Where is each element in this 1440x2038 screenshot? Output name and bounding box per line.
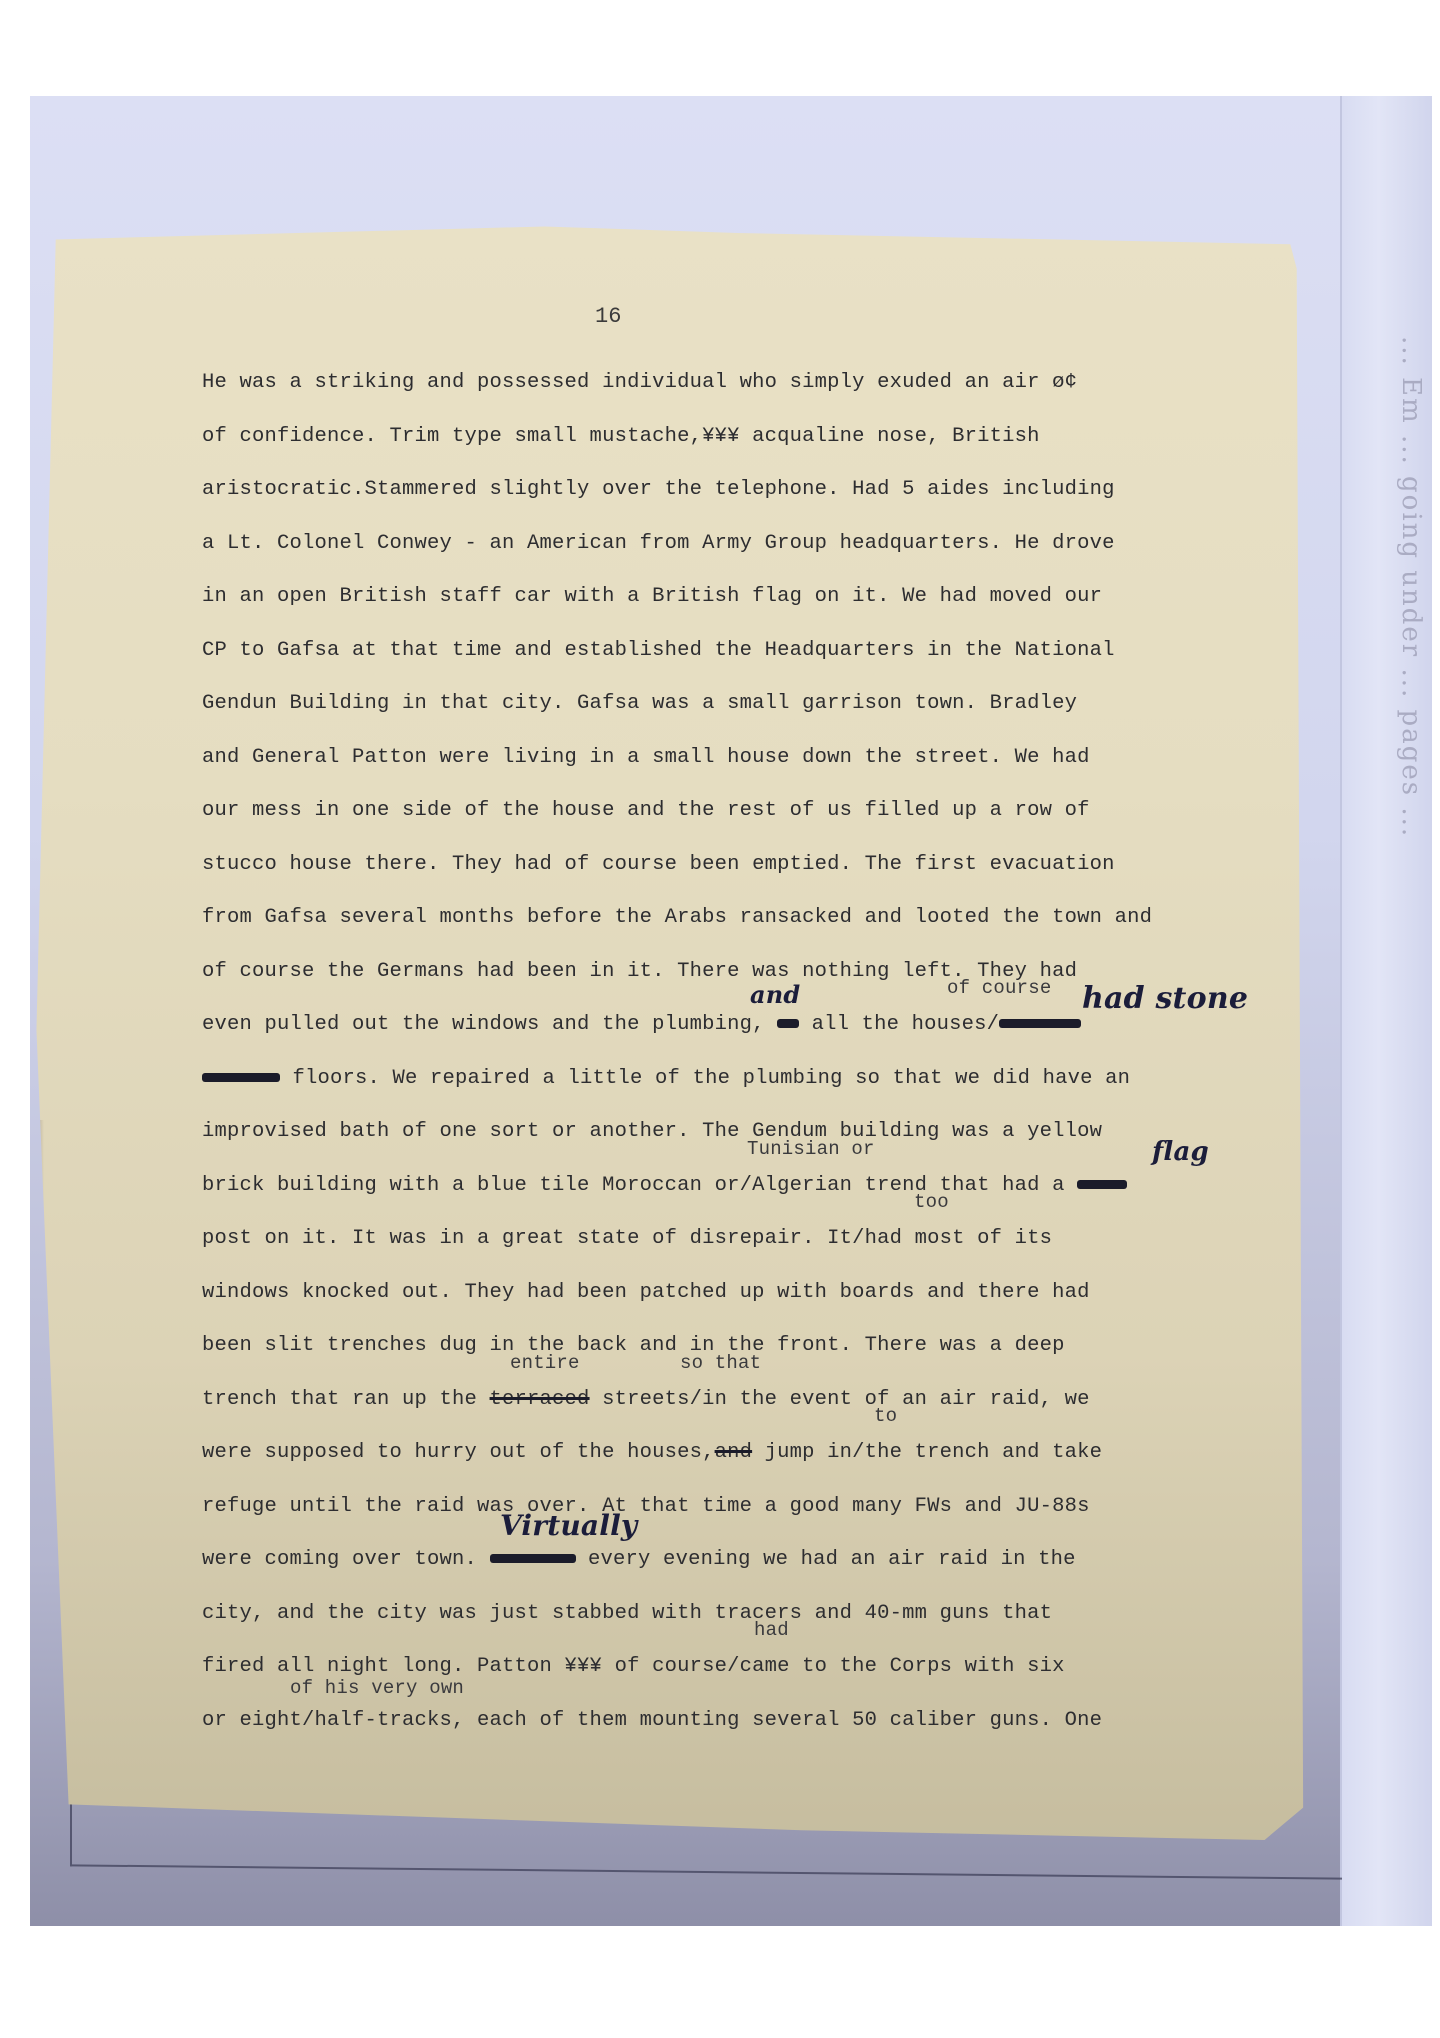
handwritten-insertion: and	[750, 980, 800, 1010]
line-text: were supposed to hurry out of the houses…	[202, 1441, 715, 1464]
text-line: of his very own or eight/half-tracks, ea…	[202, 1694, 1262, 1748]
line-text: in an open British staff car with a Brit…	[202, 585, 1102, 608]
text-line: stucco house there. They had of course b…	[202, 838, 1262, 892]
line-text: Gendun Building in that city. Gafsa was …	[202, 692, 1077, 715]
text-line: He was a striking and possessed individu…	[202, 356, 1262, 410]
line-text: windows knocked out. They had been patch…	[202, 1281, 1090, 1304]
typed-insertion: too	[914, 1192, 949, 1212]
line-text: floors. We repaired a little of the plum…	[280, 1067, 1130, 1090]
document-photo: ... Em ... going under ... pages ... 16 …	[30, 96, 1432, 1926]
text-line: Tunisian or flag brick building with a b…	[202, 1159, 1262, 1213]
line-text: jump in/the trench and take	[752, 1441, 1102, 1464]
line-text: of confidence. Trim type small mustache,…	[202, 425, 1040, 448]
handwritten-insertion: had stone	[1082, 984, 1248, 1014]
line-text: and General Patton were living in a smal…	[202, 746, 1090, 769]
text-line: CP to Gafsa at that time and established…	[202, 624, 1262, 678]
text-line: entire so that trench that ran up the te…	[202, 1373, 1262, 1427]
struck-out-text: in	[777, 1019, 799, 1028]
text-line: windows knocked out. They had been patch…	[202, 1266, 1262, 1320]
text-line: improvised bath of one sort or another. …	[202, 1105, 1262, 1159]
typed-insertion: Tunisian or	[747, 1139, 875, 1159]
margin-handwritten-note: ... Em ... going under ... pages ...	[1386, 336, 1426, 1836]
text-line: too post on it. It was in a great state …	[202, 1212, 1262, 1266]
line-text: been slit trenches dug in the back and i…	[202, 1334, 1065, 1357]
handwritten-insertion: flag	[1152, 1137, 1209, 1167]
page-curl-shadow	[30, 1120, 44, 1820]
line-text: streets/in the event of an air raid, we	[590, 1388, 1090, 1411]
line-text: from Gafsa several months before the Ara…	[202, 906, 1152, 929]
line-text: even pulled out the windows and the plum…	[202, 1013, 765, 1036]
typed-insertion: to	[874, 1406, 897, 1426]
line-text: trench that ran up the	[202, 1388, 490, 1411]
typed-insertion: had	[754, 1620, 789, 1640]
line-text: city, and the city was just stabbed with…	[202, 1602, 1052, 1625]
line-text: aristocratic.Stammered slightly over the…	[202, 478, 1115, 501]
text-line: refuge until the raid was over. At that …	[202, 1480, 1262, 1534]
text-line: and of course had stone even pulled out …	[202, 998, 1262, 1052]
struck-out-text: tile ceiled	[999, 1019, 1081, 1028]
struck-out-text: cement	[202, 1073, 280, 1082]
line-text: our mess in one side of the house and th…	[202, 799, 1090, 822]
typed-text-body: He was a striking and possessed individu…	[202, 356, 1262, 1747]
line-text: of course the Germans had been in it. Th…	[202, 960, 1077, 983]
line-text: or eight/half-tracks, each of them mount…	[202, 1709, 1102, 1732]
typed-insertion: entire	[510, 1353, 580, 1373]
line-text: were coming over town.	[202, 1548, 490, 1571]
line-text: refuge until the raid was over. At that …	[202, 1495, 1090, 1518]
page-number: 16	[595, 304, 621, 329]
text-line: cement floors. We repaired a little of t…	[202, 1052, 1262, 1106]
line-text: stucco house there. They had of course b…	[202, 853, 1115, 876]
text-line: in an open British staff car with a Brit…	[202, 570, 1262, 624]
typed-insertion: of course	[947, 978, 1051, 998]
text-line: to were supposed to hurry out of the hou…	[202, 1426, 1262, 1480]
line-text: improvised bath of one sort or another. …	[202, 1120, 1102, 1143]
text-line: a Lt. Colonel Conwey - an American from …	[202, 517, 1262, 571]
line-text: CP to Gafsa at that time and established…	[202, 639, 1115, 662]
line-text: a Lt. Colonel Conwey - an American from …	[202, 532, 1115, 555]
line-text: fired all night long. Patton ¥¥¥ of cour…	[202, 1655, 1065, 1678]
text-line: from Gafsa several months before the Ara…	[202, 891, 1262, 945]
line-text: every evening we had an air raid in the	[576, 1548, 1076, 1571]
line-text: He was a striking and possessed individu…	[202, 371, 1077, 394]
struck-out-text: flag	[1077, 1180, 1127, 1189]
text-line: our mess in one side of the house and th…	[202, 784, 1262, 838]
text-line: Gendun Building in that city. Gafsa was …	[202, 677, 1262, 731]
text-line: aristocratic.Stammered slightly over the…	[202, 463, 1262, 517]
text-line: city, and the city was just stabbed with…	[202, 1587, 1262, 1641]
text-line: Virtually were coming over town. Each on…	[202, 1533, 1262, 1587]
struck-out-text: and	[715, 1441, 753, 1464]
text-line: and General Patton were living in a smal…	[202, 731, 1262, 785]
text-line: of confidence. Trim type small mustache,…	[202, 410, 1262, 464]
typed-insertion: of his very own	[290, 1678, 464, 1698]
struck-out-text: terraced	[490, 1388, 590, 1411]
line-text: all the houses/	[799, 1013, 999, 1036]
typed-insertion: so that	[680, 1353, 761, 1373]
line-text: post on it. It was in a great state of d…	[202, 1227, 1052, 1250]
handwritten-insertion: Virtually	[500, 1511, 637, 1541]
struck-out-text: Each one	[490, 1554, 576, 1563]
